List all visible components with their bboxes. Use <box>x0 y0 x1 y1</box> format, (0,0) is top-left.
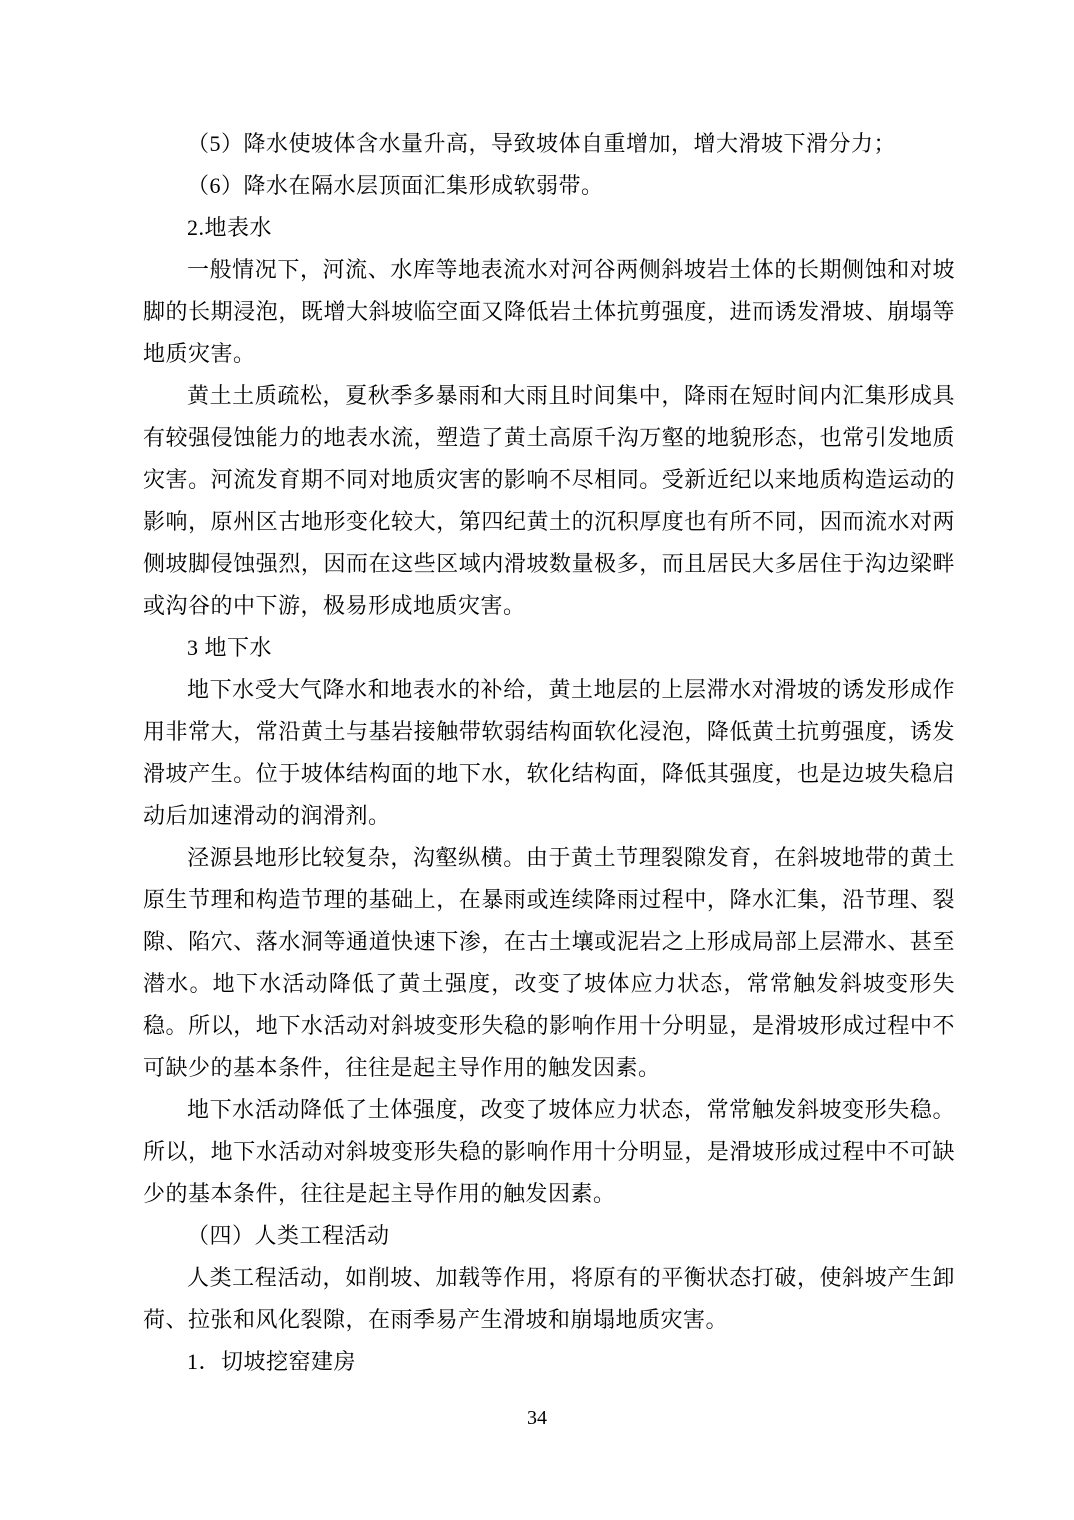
document-page: （5）降水使坡体含水量升高，导致坡体自重增加，增大滑坡下滑分力； （6）降水在隔… <box>0 0 1074 1520</box>
paragraph-loess-erosion: 黄土土质疏松，夏秋季多暴雨和大雨且时间集中，降雨在短时间内汇集形成具有较强侵蚀能… <box>143 375 955 627</box>
paragraph-groundwater-activity: 地下水活动降低了土体强度，改变了坡体应力状态，常常触发斜坡变形失稳。所以，地下水… <box>143 1089 955 1215</box>
heading-human-engineering: （四）人类工程活动 <box>143 1215 955 1257</box>
paragraph-jingyuan-terrain: 泾源县地形比较复杂，沟壑纵横。由于黄土节理裂隙发育，在斜坡地带的黄土原生节理和构… <box>143 837 955 1089</box>
heading-surface-water: 2.地表水 <box>143 207 955 249</box>
list-item-precipitation-5: （5）降水使坡体含水量升高，导致坡体自重增加，增大滑坡下滑分力； <box>143 123 955 165</box>
paragraph-human-engineering: 人类工程活动，如削坡、加载等作用，将原有的平衡状态打破，使斜坡产生卸荷、拉张和风… <box>143 1257 955 1341</box>
document-body: （5）降水使坡体含水量升高，导致坡体自重增加，增大滑坡下滑分力； （6）降水在隔… <box>143 123 955 1383</box>
paragraph-groundwater-recharge: 地下水受大气降水和地表水的补给，黄土地层的上层滞水对滑坡的诱发形成作用非常大，常… <box>143 669 955 837</box>
heading-groundwater: 3 地下水 <box>143 627 955 669</box>
heading-slope-cutting: 1．切坡挖窑建房 <box>143 1341 955 1383</box>
paragraph-surface-water-general: 一般情况下，河流、水库等地表流水对河谷两侧斜坡岩土体的长期侧蚀和对坡脚的长期浸泡… <box>143 249 955 375</box>
page-number: 34 <box>0 1404 1074 1432</box>
list-item-precipitation-6: （6）降水在隔水层顶面汇集形成软弱带。 <box>143 165 955 207</box>
